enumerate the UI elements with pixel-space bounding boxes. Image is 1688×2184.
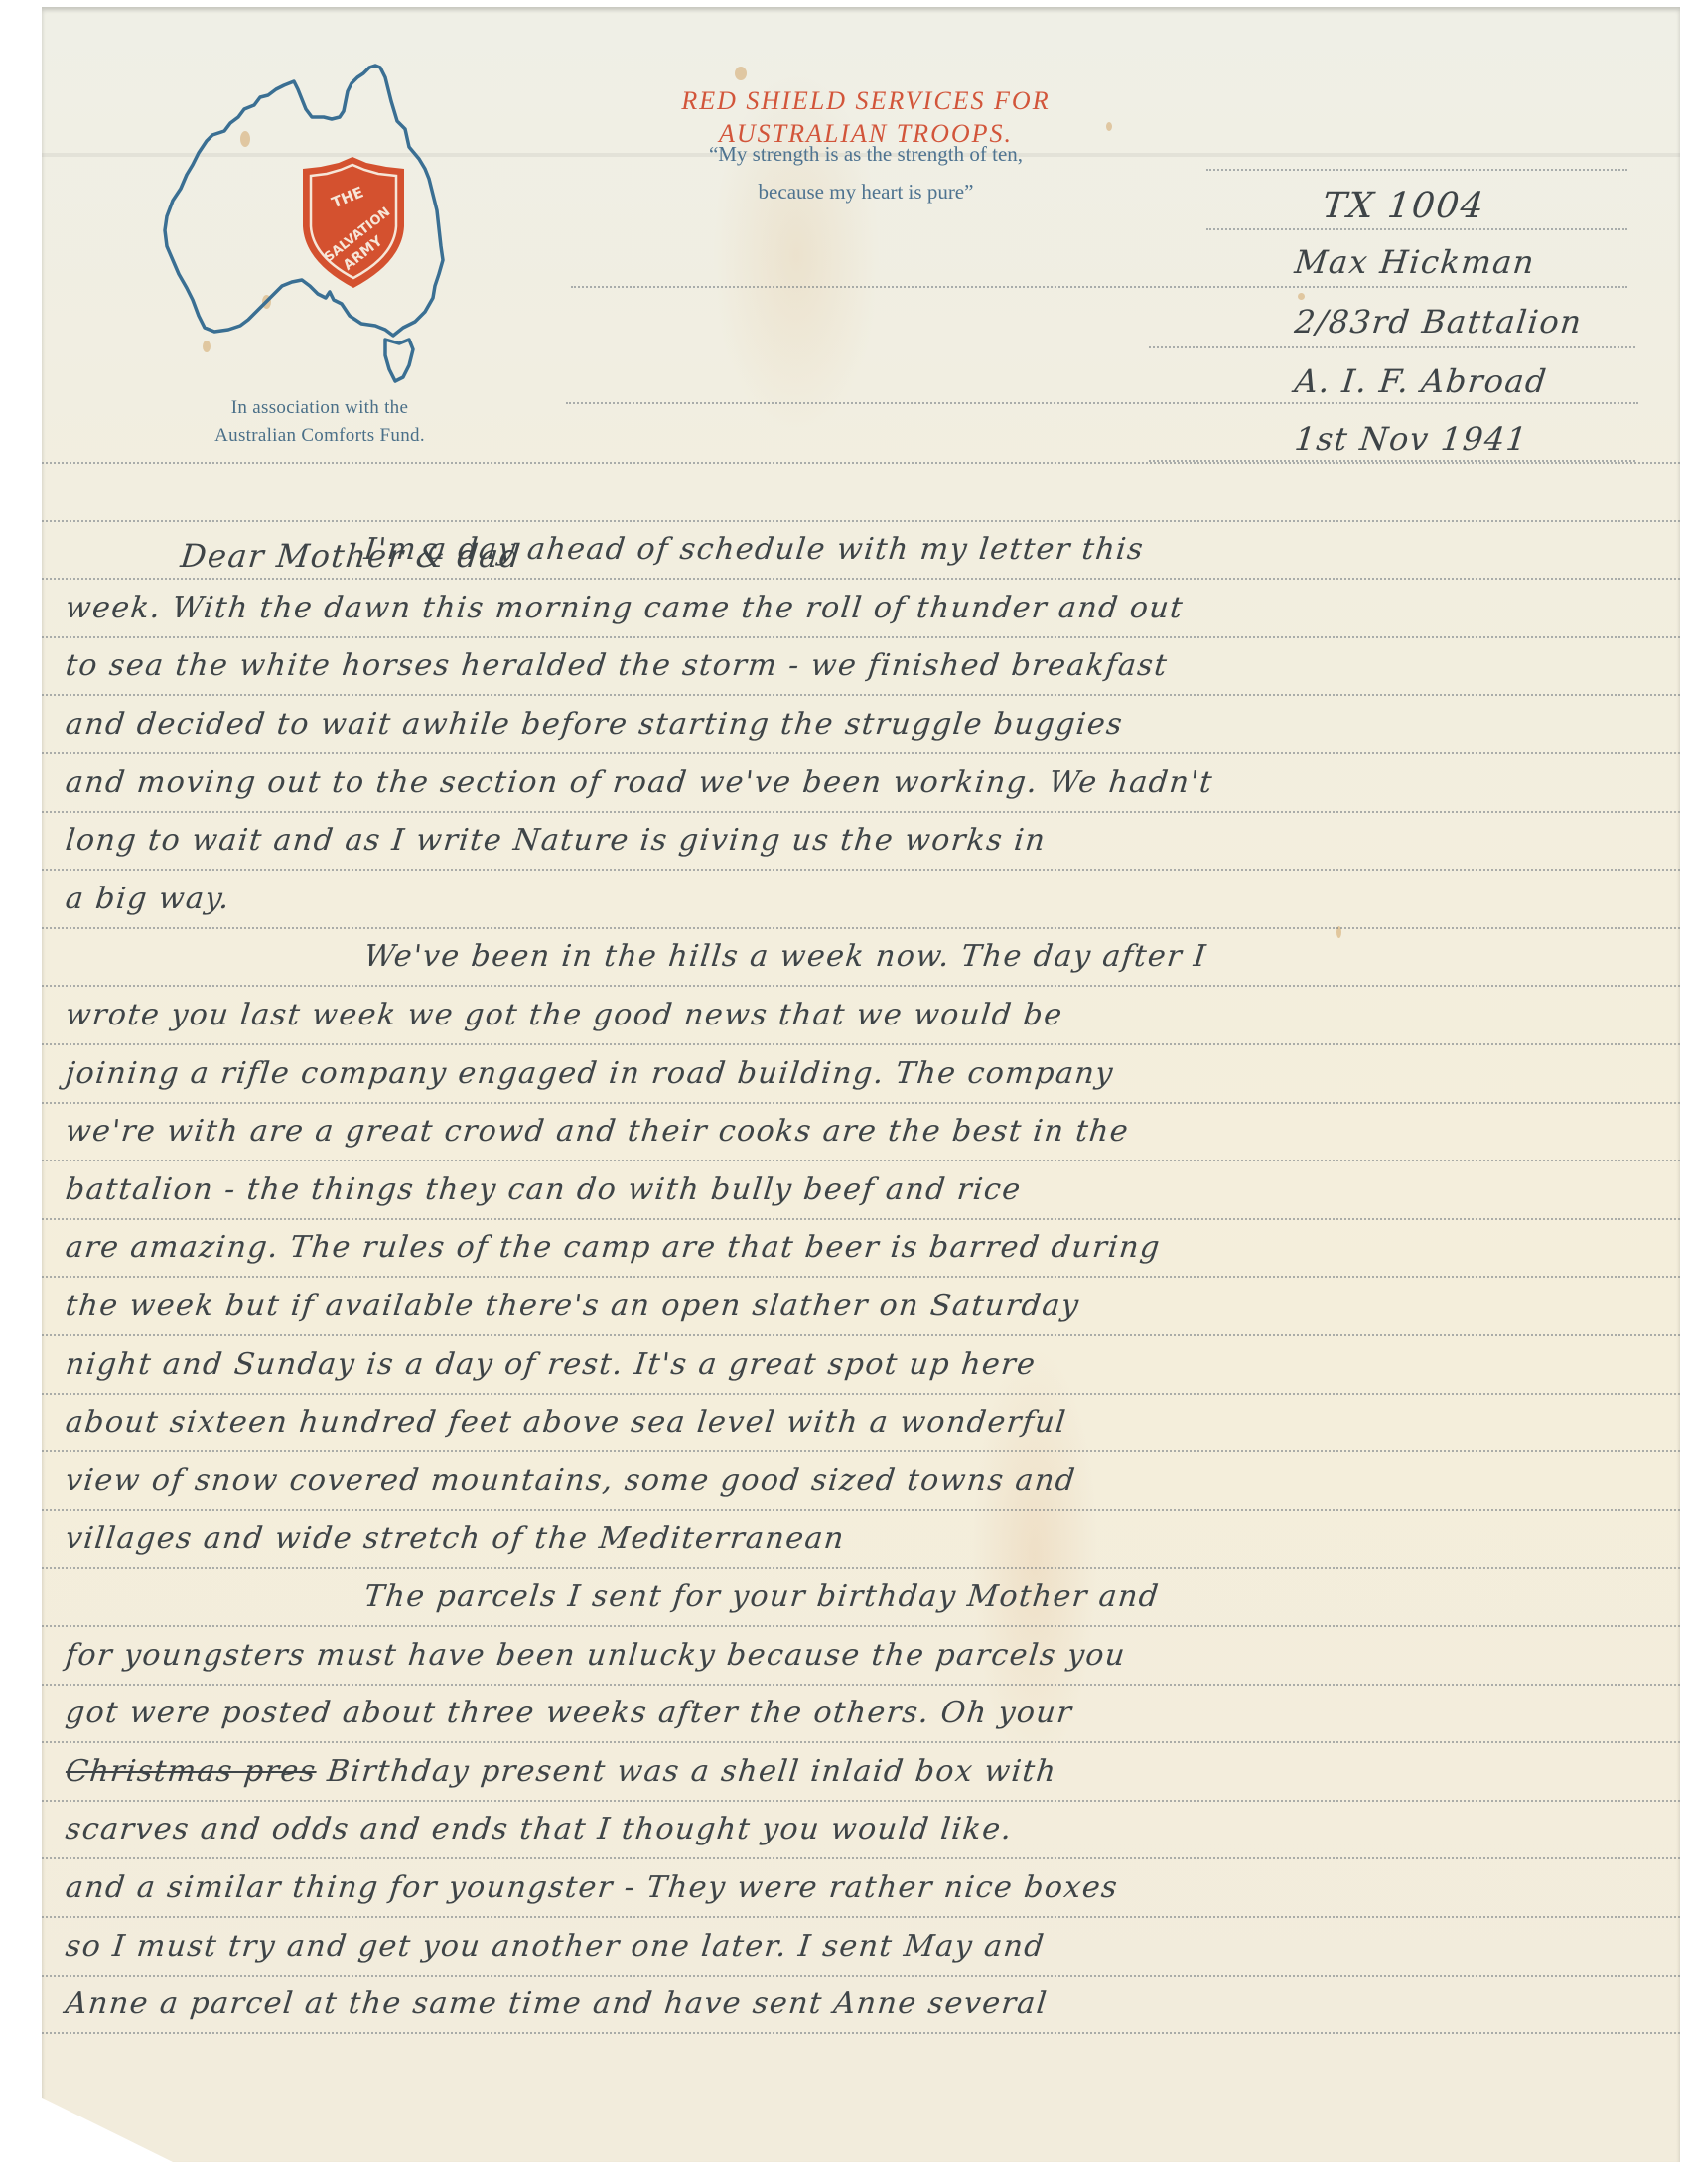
letter-line: the week but if available there's an ope… — [64, 1289, 1081, 1323]
letter-line: joining a rifle company engaged in road … — [64, 1056, 1115, 1091]
letter-line: a big way. — [64, 882, 232, 916]
address-line-date: 1st Nov 1941 — [1293, 420, 1530, 458]
ruled-line — [42, 520, 1680, 522]
letter-line: scarves and odds and ends that I thought… — [64, 1812, 1014, 1846]
ruled-line — [42, 752, 1680, 754]
struck-out-text: Christmas pres — [64, 1754, 318, 1789]
address-rule — [1206, 228, 1627, 230]
ruled-line — [42, 2032, 1680, 2034]
letter-line: I'm a day ahead of schedule with my lett… — [362, 532, 1146, 567]
ruled-line — [42, 636, 1680, 638]
ruled-line — [42, 578, 1680, 580]
letter-line: Christmas pres Birthday present was a sh… — [64, 1754, 1058, 1789]
letter-line-text: wrote you last week we got the good news… — [64, 998, 1064, 1032]
ruled-line — [42, 811, 1680, 813]
letter-line-text: villages and wide stretch of the Mediter… — [64, 1521, 846, 1556]
ruled-line — [42, 462, 1680, 464]
letter-line: long to wait and as I write Nature is gi… — [64, 823, 1048, 858]
ruled-line — [42, 1043, 1680, 1045]
letter-line-text: view of snow covered mountains, some goo… — [64, 1463, 1077, 1498]
letter-line: week. With the dawn this morning came th… — [64, 591, 1186, 625]
letter-line: to sea the white horses heralded the sto… — [64, 648, 1170, 683]
letter-line-text: a big way. — [64, 882, 232, 916]
ruled-line — [42, 1567, 1680, 1569]
letter-line-text: and moving out to the section of road we… — [64, 765, 1214, 800]
letter-page: THE SALVATION ARMY In association with t… — [42, 7, 1680, 2162]
letter-line: and moving out to the section of road we… — [64, 765, 1214, 800]
stain-spot — [735, 67, 747, 80]
letter-line-text: for youngsters must have been unlucky be… — [64, 1638, 1128, 1673]
ruled-line — [42, 927, 1680, 929]
address-line-battalion: 2/83rd Battalion — [1293, 303, 1585, 341]
ruled-line — [42, 1916, 1680, 1918]
letter-line-text: battalion - the things they can do with … — [64, 1172, 1023, 1207]
letter-line: view of snow covered mountains, some goo… — [64, 1463, 1077, 1498]
ruled-line — [42, 869, 1680, 871]
address-rule — [1149, 346, 1635, 348]
ruled-line — [42, 1393, 1680, 1395]
motto-line-2: because my heart is pure” — [568, 177, 1164, 206]
ruled-line — [42, 1334, 1680, 1336]
ruled-line — [42, 1625, 1680, 1627]
letter-line: are amazing. The rules of the camp are t… — [64, 1230, 1162, 1265]
ruled-line — [42, 1102, 1680, 1104]
letter-line-text: scarves and odds and ends that I thought… — [64, 1812, 1014, 1846]
ruled-line — [42, 1276, 1680, 1278]
address-rule — [571, 286, 1627, 288]
organization-title-line-1: RED SHIELD SERVICES FOR — [598, 86, 1134, 116]
ruled-line — [42, 1857, 1680, 1859]
letter-line: villages and wide stretch of the Mediter… — [64, 1521, 846, 1556]
ruled-line — [42, 694, 1680, 696]
letter-line-text: we're with are a great crowd and their c… — [64, 1114, 1131, 1149]
letter-line-text: and decided to wait awhile before starti… — [64, 707, 1125, 742]
letter-line: for youngsters must have been unlucky be… — [64, 1638, 1128, 1673]
letter-line: wrote you last week we got the good news… — [64, 998, 1064, 1032]
letter-line-text: week. With the dawn this morning came th… — [64, 591, 1186, 625]
ruled-line — [42, 1741, 1680, 1743]
australia-map-logo: THE SALVATION ARMY — [149, 62, 506, 389]
ruled-line — [42, 1218, 1680, 1220]
salvation-army-shield-icon: THE SALVATION ARMY — [303, 157, 404, 288]
motto-line-1: “My strength is as the strength of ten, — [568, 139, 1164, 169]
address-line-service-number: TX 1004 — [1321, 186, 1487, 226]
letter-line: and decided to wait awhile before starti… — [64, 707, 1125, 742]
letter-line: got were posted about three weeks after … — [64, 1696, 1074, 1730]
letter-line-text: the week but if available there's an ope… — [64, 1289, 1081, 1323]
letter-line: We've been in the hills a week now. The … — [362, 939, 1208, 974]
letter-line-text: Birthday present was a shell inlaid box … — [326, 1754, 1058, 1789]
ruled-line — [42, 985, 1680, 987]
address-rule — [1206, 169, 1627, 171]
ruled-line — [42, 1975, 1680, 1977]
letter-line-text: I'm a day ahead of schedule with my lett… — [362, 532, 1146, 567]
ruled-line — [42, 1160, 1680, 1161]
address-line-force: A. I. F. Abroad — [1293, 362, 1549, 400]
letter-line-text: are amazing. The rules of the camp are t… — [64, 1230, 1162, 1265]
letter-line-text: got were posted about three weeks after … — [64, 1696, 1074, 1730]
ruled-line — [42, 1450, 1680, 1452]
letter-line-text: and a similar thing for youngster - They… — [64, 1870, 1120, 1905]
address-rule — [566, 402, 1638, 404]
letter-line-text: We've been in the hills a week now. The … — [362, 939, 1208, 974]
letter-line: battalion - the things they can do with … — [64, 1172, 1023, 1207]
letter-line-text: to sea the white horses heralded the sto… — [64, 648, 1170, 683]
association-line-2: Australian Comforts Fund. — [161, 422, 479, 450]
ruled-line — [42, 1684, 1680, 1686]
letter-line: about sixteen hundred feet above sea lev… — [64, 1405, 1068, 1439]
tasmania-outline — [385, 340, 413, 381]
ruled-line — [42, 1509, 1680, 1511]
letter-line: The parcels I sent for your birthday Mot… — [362, 1579, 1161, 1614]
letter-line: so I must try and get you another one la… — [64, 1929, 1047, 1964]
letter-line: and a similar thing for youngster - They… — [64, 1870, 1120, 1905]
address-line-name: Max Hickman — [1293, 243, 1537, 281]
letter-line-text: about sixteen hundred feet above sea lev… — [64, 1405, 1068, 1439]
letter-line-text: joining a rifle company engaged in road … — [64, 1056, 1115, 1091]
letter-line: night and Sunday is a day of rest. It's … — [64, 1347, 1038, 1382]
association-line-1: In association with the — [161, 394, 479, 422]
letter-line: we're with are a great crowd and their c… — [64, 1114, 1131, 1149]
letter-line-text: night and Sunday is a day of rest. It's … — [64, 1347, 1038, 1382]
letter-line: Anne a parcel at the same time and have … — [64, 1986, 1050, 2021]
association-caption: In association with the Australian Comfo… — [161, 394, 479, 450]
letter-line-text: long to wait and as I write Nature is gi… — [64, 823, 1048, 858]
ruled-line — [42, 1800, 1680, 1802]
letter-line-text: The parcels I sent for your birthday Mot… — [362, 1579, 1161, 1614]
stain-spot — [1298, 293, 1305, 300]
letter-line-text: Anne a parcel at the same time and have … — [64, 1986, 1050, 2021]
letter-line-text: so I must try and get you another one la… — [64, 1929, 1047, 1964]
